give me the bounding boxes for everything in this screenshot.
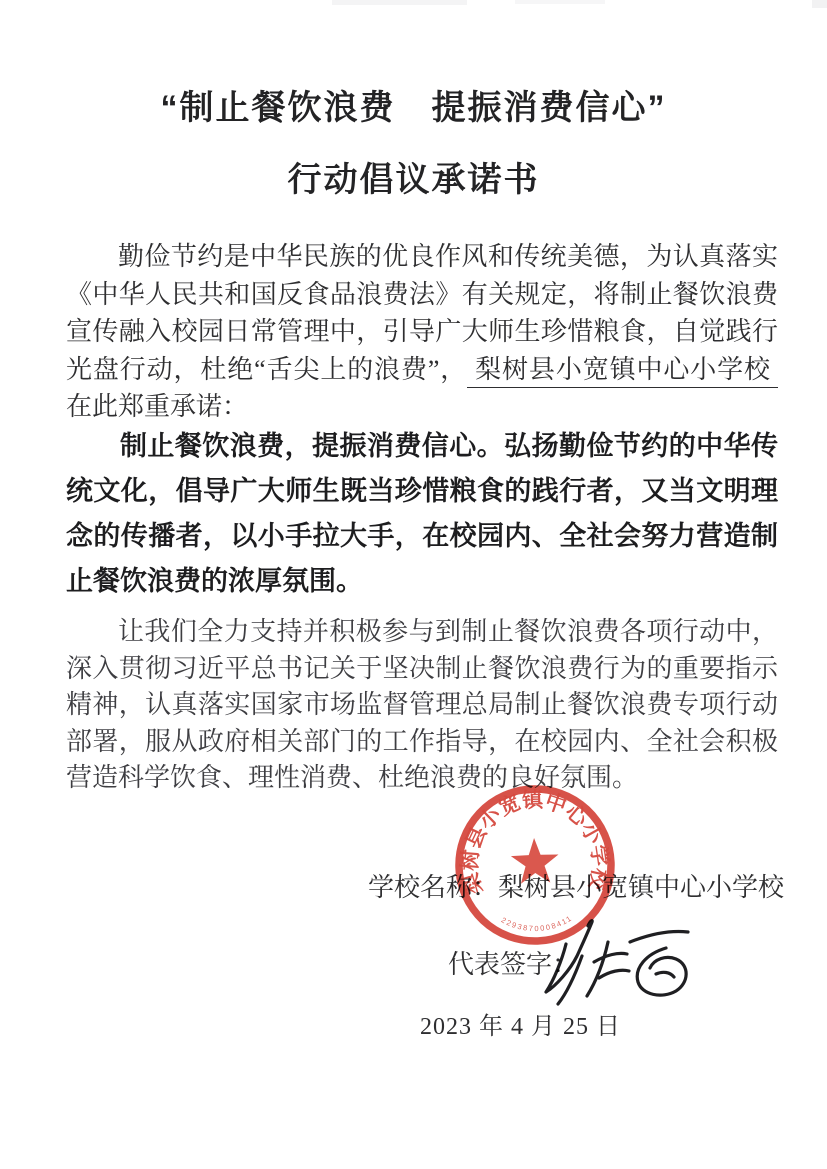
scan-artifact [332,0,467,5]
paragraph-intro-tail: 在此郑重承诺： [66,392,248,421]
handwritten-signature [538,912,703,1012]
star-icon [510,837,559,884]
paragraph-action: 让我们全力支持并积极参与到制止餐饮浪费各项行动中，深入贯彻习近平总书记关于坚决制… [66,614,778,797]
document-title-line1: “制止餐饮浪费 提振消费信心” [0,80,827,129]
school-name-underlined: 梨树县小宽镇中心小学校 [467,355,778,388]
paragraph-commitment: 制止餐饮浪费，提振消费信心。弘扬勤俭节约的中华传统文化，倡导广大师生既当珍惜粮食… [66,424,778,604]
document-page: “制止餐饮浪费 提振消费信心” 行动倡议承诺书 勤俭节约是中华民族的优良作风和传… [0,0,827,1169]
paragraph-intro: 勤俭节约是中华民族的优良作风和传统美德，为认真落实《中华人民共和国反食品浪费法》… [66,238,778,426]
document-title-line2: 行动倡议承诺书 [0,152,827,201]
scan-artifact [812,0,827,8]
scan-artifact [515,0,605,4]
